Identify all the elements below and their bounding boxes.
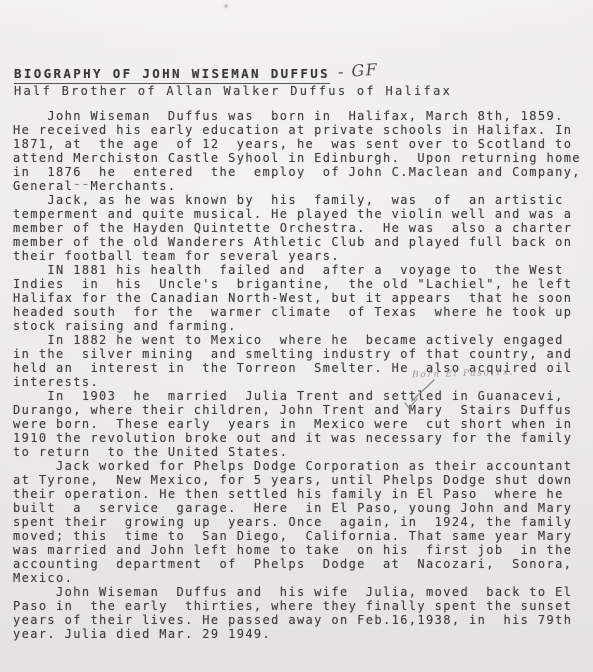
paragraph-jack-music-sports: Jack, as he was known by his family, was… (13, 193, 581, 263)
paragraph-1881-health-texas: IN 1881 his health failed and after a vo… (13, 263, 581, 333)
scanned-typewritten-page: BIOGRAPHY OF JOHN WISEMAN DUFFUS - GF Ha… (0, 0, 593, 672)
paragraph-1903-marriage: In 1903 he married Julia Trent and settl… (13, 389, 581, 459)
paragraph-final-years: John Wiseman Duffus and his wife Julia, … (13, 585, 581, 641)
paragraph-birth-education: John Wiseman Duffus was born in Halifax,… (13, 109, 581, 193)
paragraph-1882-mexico-mining: In 1882 he went to Mexico where he becam… (13, 333, 581, 389)
document-title: BIOGRAPHY OF JOHN WISEMAN DUFFUS (14, 66, 330, 84)
handwritten-arrow-mark (398, 378, 440, 414)
handwritten-gf-annotation: - GF (337, 60, 379, 82)
paper-speck (223, 3, 229, 9)
document-subtitle: Half Brother of Allan Walker Duffus of H… (14, 84, 452, 98)
paragraph-phelps-dodge: Jack worked for Phelps Dodge Corporation… (13, 459, 581, 585)
